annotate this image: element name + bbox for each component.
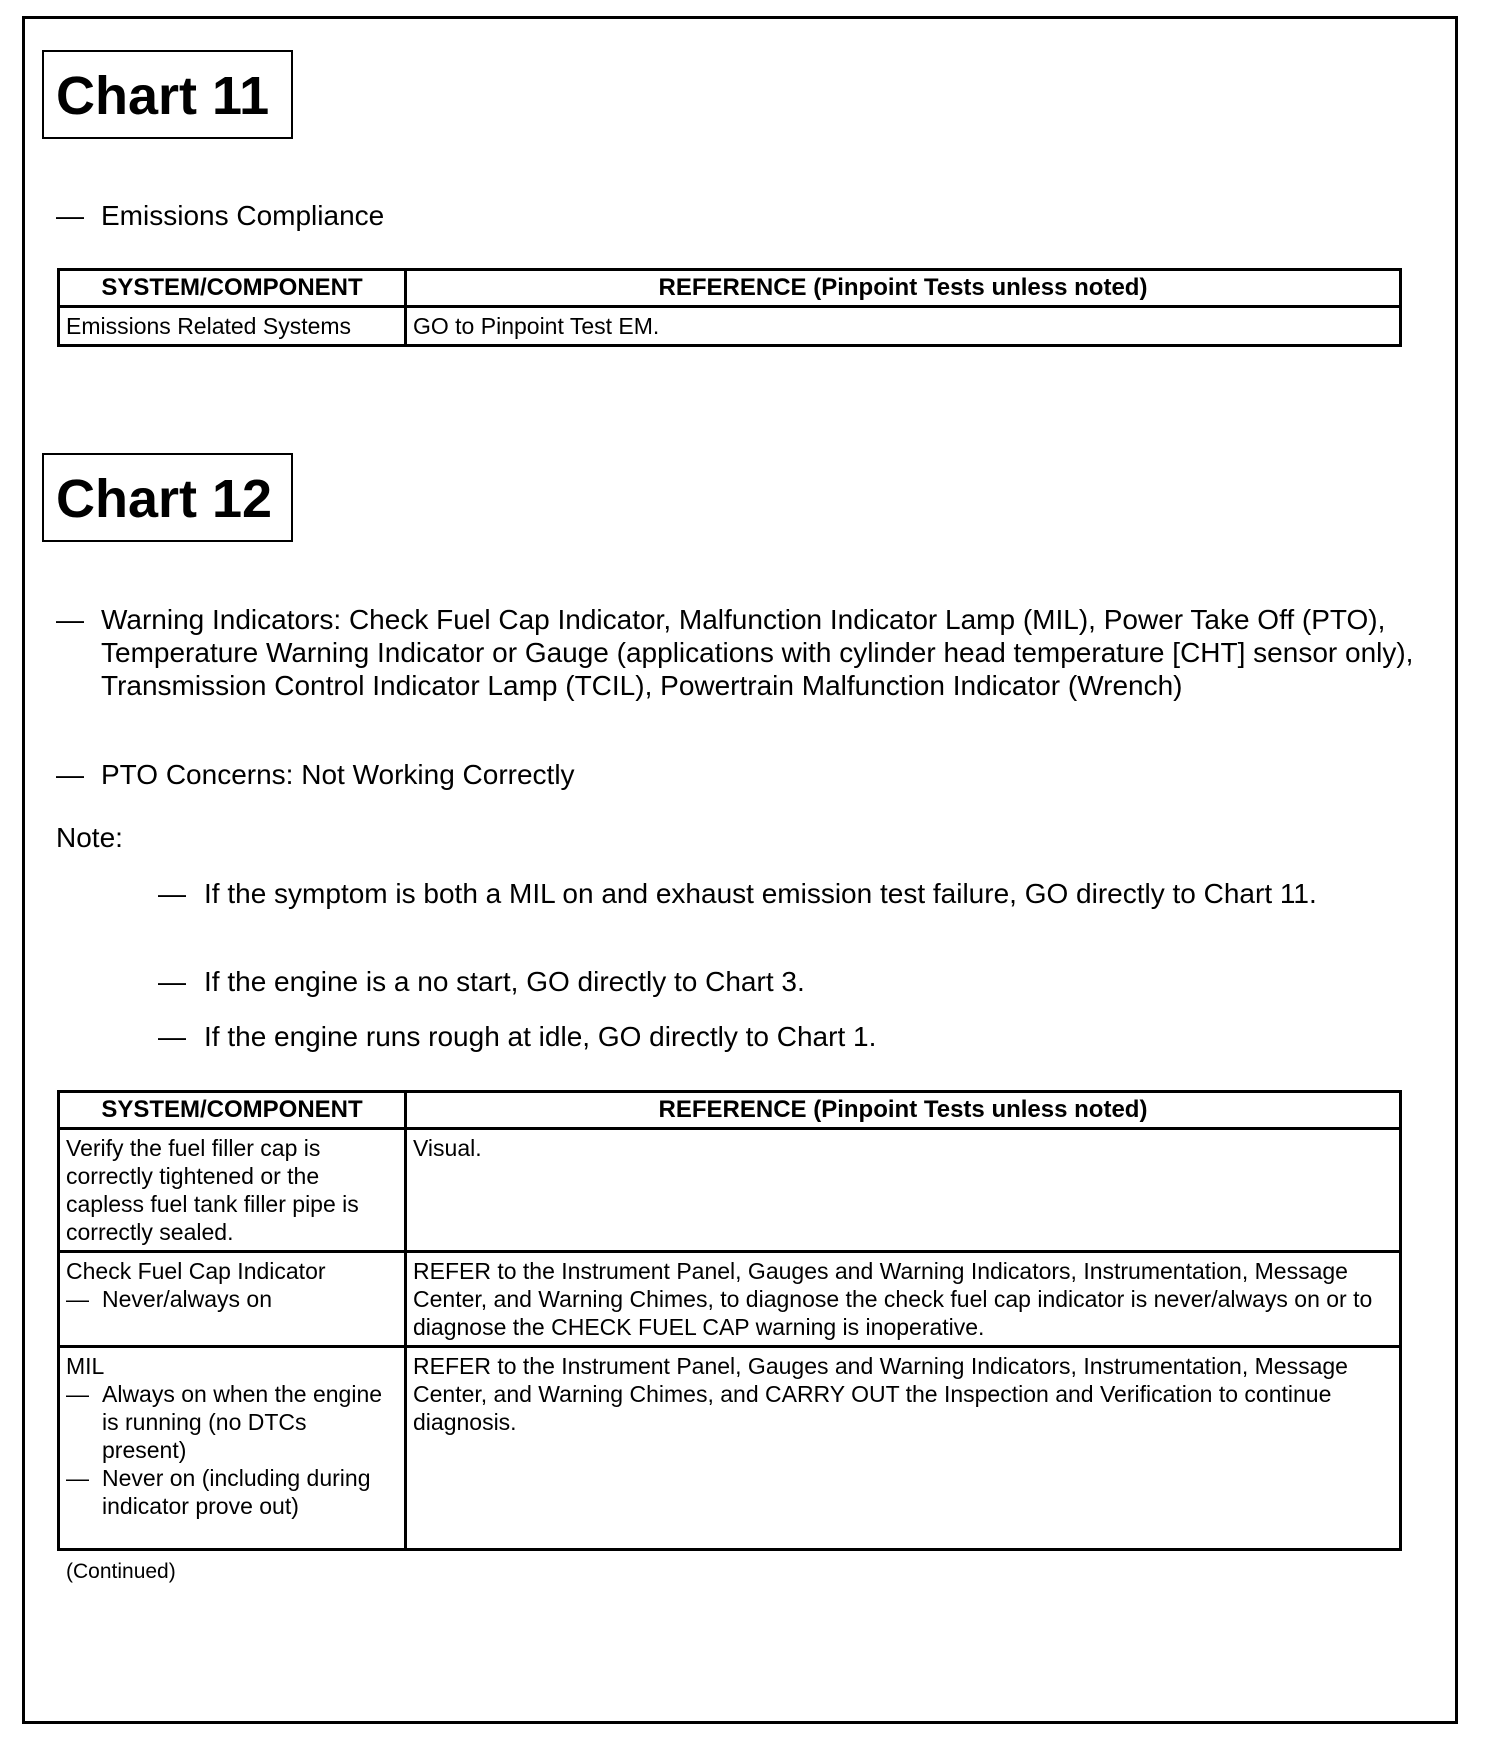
component-label: Check Fuel Cap Indicator (66, 1258, 326, 1284)
column-header-component: SYSTEM/COMPONENT (59, 270, 406, 307)
chart-12-title: Chart 12 (42, 453, 293, 542)
dash: — (66, 1285, 102, 1313)
reference-cell: GO to Pinpoint Test EM. (406, 307, 1401, 346)
dash: — (56, 758, 101, 791)
note-text: If the engine is a no start, GO directly… (204, 966, 805, 997)
column-header-reference: REFERENCE (Pinpoint Tests unless noted) (406, 1092, 1401, 1129)
bullet-text: PTO Concerns: Not Working Correctly (101, 759, 575, 790)
component-cell: Emissions Related Systems (59, 307, 406, 346)
note-item: —If the symptom is both a MIL on and exh… (158, 877, 1456, 910)
table-row: Verify the fuel filler cap is correctly … (59, 1129, 1401, 1252)
table-row: Check Fuel Cap Indicator —Never/always o… (59, 1252, 1401, 1347)
dash: — (66, 1380, 102, 1408)
chart-12-table: SYSTEM/COMPONENT REFERENCE (Pinpoint Tes… (57, 1090, 1402, 1551)
chart-11-table: SYSTEM/COMPONENT REFERENCE (Pinpoint Tes… (57, 268, 1402, 347)
note-label: Note: (56, 821, 123, 854)
column-header-component: SYSTEM/COMPONENT (59, 1092, 406, 1129)
reference-cell: Visual. (406, 1129, 1401, 1252)
bullet-text: Emissions Compliance (101, 200, 384, 231)
component-label: MIL (66, 1353, 104, 1379)
column-header-reference: REFERENCE (Pinpoint Tests unless noted) (406, 270, 1401, 307)
sub-item-text: Never on (including during indicator pro… (102, 1465, 371, 1519)
note-text: If the symptom is both a MIL on and exha… (204, 878, 1317, 909)
chart-12-bullet-warning-indicators: —Warning Indicators: Check Fuel Cap Indi… (56, 603, 1444, 702)
dash: — (56, 603, 101, 636)
sub-item-text: Always on when the engine is running (no… (102, 1381, 382, 1463)
component-cell: MIL —Always on when the engine is runnin… (59, 1347, 406, 1550)
sub-item: —Always on when the engine is running (n… (66, 1380, 394, 1464)
reference-cell: REFER to the Instrument Panel, Gauges an… (406, 1347, 1401, 1550)
chart-11-bullet: —Emissions Compliance (56, 199, 1444, 232)
component-cell: Verify the fuel filler cap is correctly … (59, 1129, 406, 1252)
dash: — (158, 965, 204, 998)
table-header-row: SYSTEM/COMPONENT REFERENCE (Pinpoint Tes… (59, 1092, 1401, 1129)
sub-item: —Never/always on (66, 1285, 394, 1313)
dash: — (66, 1464, 102, 1492)
dash: — (158, 877, 204, 910)
reference-cell: REFER to the Instrument Panel, Gauges an… (406, 1252, 1401, 1347)
chart-12-bullet-pto: —PTO Concerns: Not Working Correctly (56, 758, 1444, 791)
continued-label: (Continued) (66, 1560, 176, 1584)
chart-11-title: Chart 11 (42, 50, 293, 139)
note-text: If the engine runs rough at idle, GO dir… (204, 1021, 876, 1052)
component-cell: Check Fuel Cap Indicator —Never/always o… (59, 1252, 406, 1347)
sub-item: —Never on (including during indicator pr… (66, 1464, 394, 1520)
table-row: Emissions Related Systems GO to Pinpoint… (59, 307, 1401, 346)
dash: — (56, 199, 101, 232)
note-item: —If the engine is a no start, GO directl… (158, 965, 1456, 998)
table-row: MIL —Always on when the engine is runnin… (59, 1347, 1401, 1550)
sub-item-text: Never/always on (102, 1286, 272, 1312)
dash: — (158, 1020, 204, 1053)
bullet-text: Warning Indicators: Check Fuel Cap Indic… (101, 604, 1413, 701)
table-header-row: SYSTEM/COMPONENT REFERENCE (Pinpoint Tes… (59, 270, 1401, 307)
note-item: —If the engine runs rough at idle, GO di… (158, 1020, 1456, 1053)
